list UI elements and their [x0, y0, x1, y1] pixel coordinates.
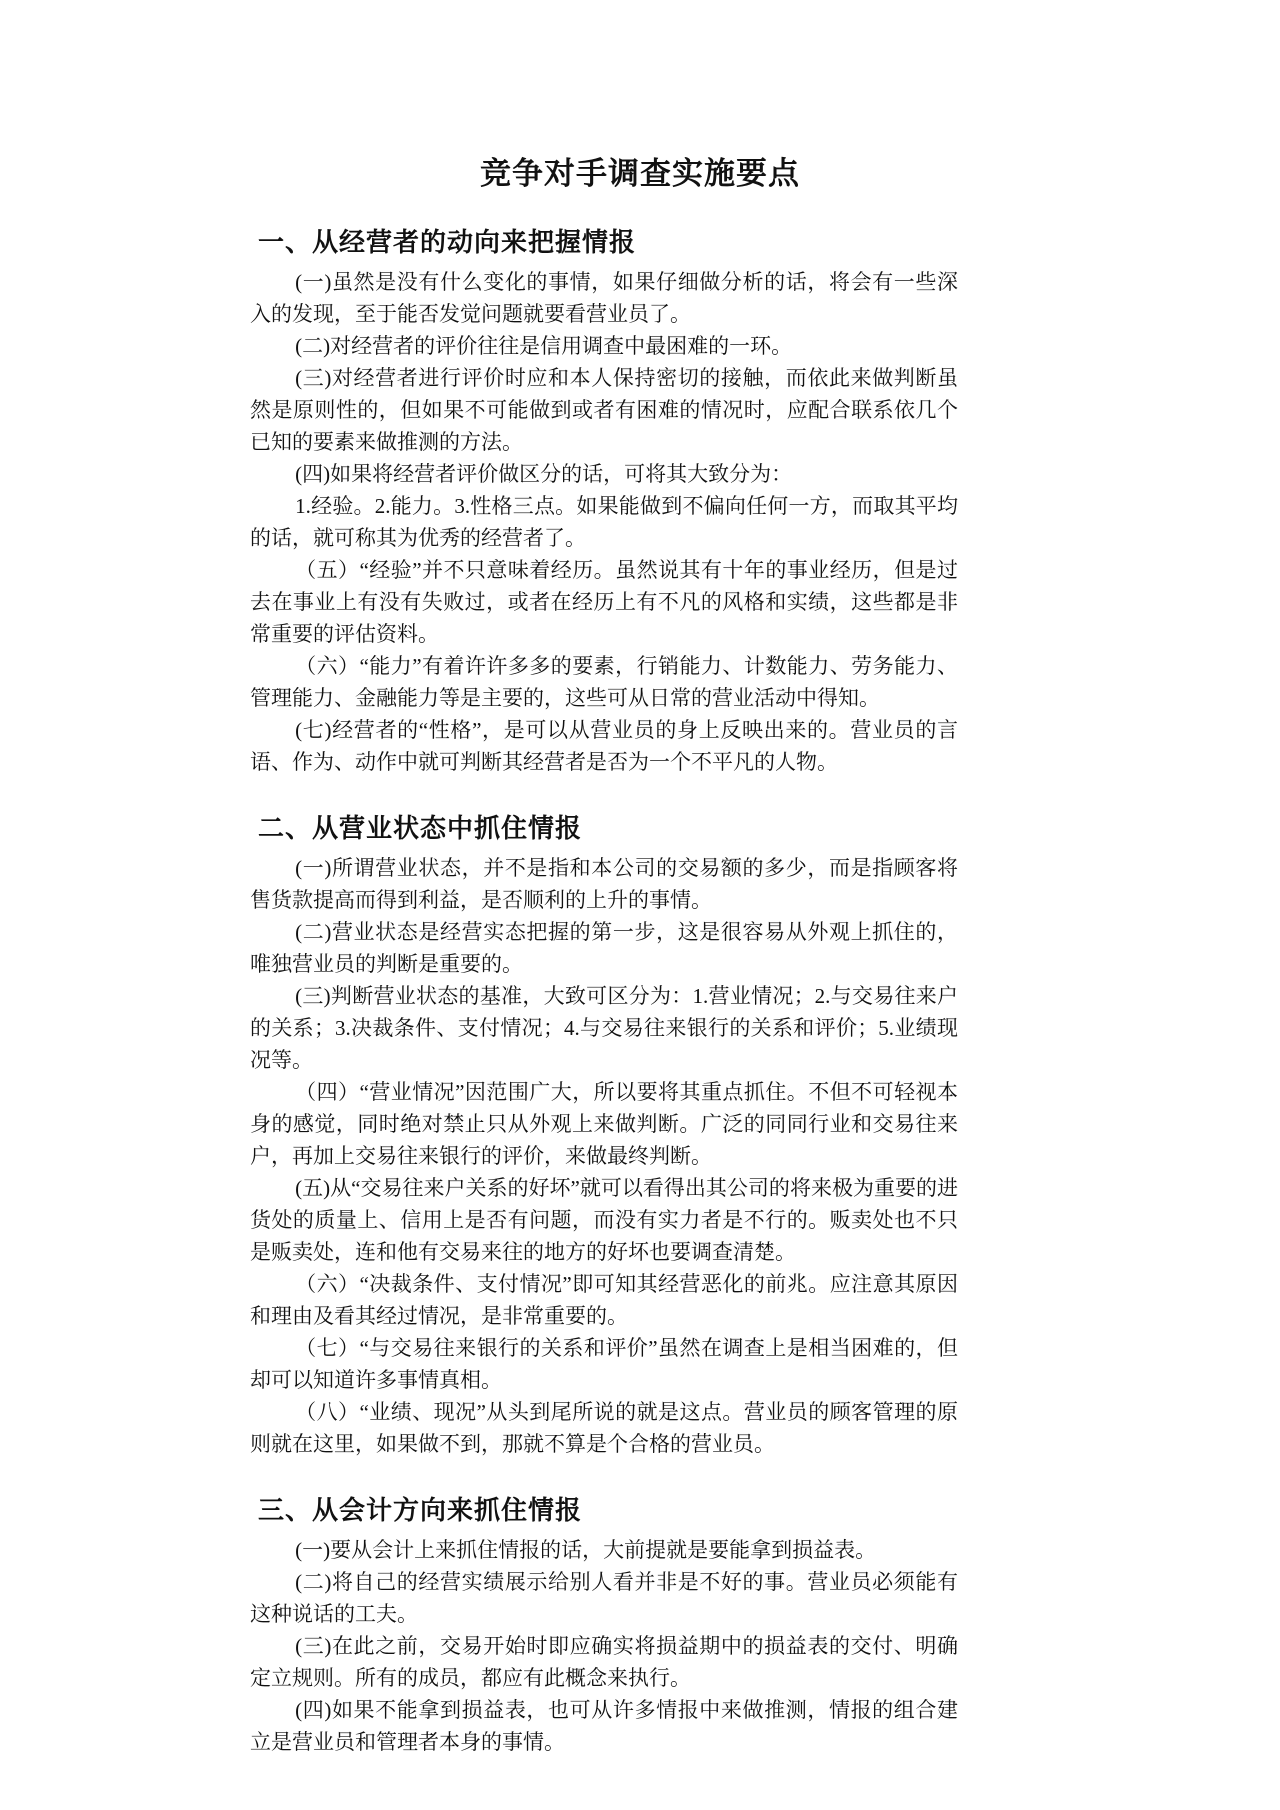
paragraph: （六）“决裁条件、支付情况”即可知其经营恶化的前兆。应注意其原因和理由及看其经过…: [250, 1268, 958, 1332]
document-content: 一、从经营者的动向来把握情报 (一)虽然是没有什么变化的事情，如果仔细做分析的话…: [250, 224, 958, 1758]
paragraph: (一)虽然是没有什么变化的事情，如果仔细做分析的话，将会有一些深入的发现，至于能…: [250, 266, 958, 330]
paragraph: (一)要从会计上来抓住情报的话，大前提就是要能拿到损益表。: [250, 1534, 958, 1566]
paragraph: (三)在此之前，交易开始时即应确实将损益期中的损益表的交付、明确定立规则。所有的…: [250, 1630, 958, 1694]
paragraph: (七)经营者的“性格”，是可以从营业员的身上反映出来的。营业员的言语、作为、动作…: [250, 714, 958, 778]
section-heading-3: 三、从会计方向来抓住情报: [258, 1492, 958, 1528]
paragraph: （七）“与交易往来银行的关系和评价”虽然在调查上是相当困难的，但却可以知道许多事…: [250, 1332, 958, 1396]
paragraph: (四)如果不能拿到损益表，也可从许多情报中来做推测，情报的组合建立是营业员和管理…: [250, 1694, 958, 1758]
paragraph: (四)如果将经营者评价做区分的话，可将其大致分为：: [250, 458, 958, 490]
paragraph: 1.经验。2.能力。3.性格三点。如果能做到不偏向任何一方，而取其平均的话，就可…: [250, 490, 958, 554]
paragraph: (二)对经营者的评价往往是信用调查中最困难的一环。: [250, 330, 958, 362]
paragraph: （四）“营业情况”因范围广大，所以要将其重点抓住。不但不可轻视本身的感觉，同时绝…: [250, 1076, 958, 1172]
paragraph: （八）“业绩、现况”从头到尾所说的就是这点。营业员的顾客管理的原则就在这里，如果…: [250, 1396, 958, 1460]
paragraph: (三)对经营者进行评价时应和本人保持密切的接触，而依此来做判断虽然是原则性的，但…: [250, 362, 958, 458]
paragraph: (二)营业状态是经营实态把握的第一步，这是很容易从外观上抓住的，唯独营业员的判断…: [250, 916, 958, 980]
document-page: 竞争对手调查实施要点 一、从经营者的动向来把握情报 (一)虽然是没有什么变化的事…: [0, 0, 1280, 1810]
section-heading-2: 二、从营业状态中抓住情报: [258, 810, 958, 846]
section-body-1: (一)虽然是没有什么变化的事情，如果仔细做分析的话，将会有一些深入的发现，至于能…: [250, 266, 958, 778]
document-title: 竞争对手调查实施要点: [0, 154, 1280, 194]
paragraph: (五)从“交易往来户关系的好坏”就可以看得出其公司的将来极为重要的进货处的质量上…: [250, 1172, 958, 1268]
section-heading-1: 一、从经营者的动向来把握情报: [258, 224, 958, 260]
paragraph: （六）“能力”有着许许多多的要素，行销能力、计数能力、劳务能力、管理能力、金融能…: [250, 650, 958, 714]
paragraph: （五）“经验”并不只意味着经历。虽然说其有十年的事业经历，但是过去在事业上有没有…: [250, 554, 958, 650]
section-body-3: (一)要从会计上来抓住情报的话，大前提就是要能拿到损益表。 (二)将自己的经营实…: [250, 1534, 958, 1758]
paragraph: (一)所谓营业状态，并不是指和本公司的交易额的多少，而是指顾客将售货款提高而得到…: [250, 852, 958, 916]
paragraph: (二)将自己的经营实绩展示给别人看并非是不好的事。营业员必须能有这种说话的工夫。: [250, 1566, 958, 1630]
section-body-2: (一)所谓营业状态，并不是指和本公司的交易额的多少，而是指顾客将售货款提高而得到…: [250, 852, 958, 1460]
paragraph: (三)判断营业状态的基准，大致可区分为：1.营业情况；2.与交易往来户的关系；3…: [250, 980, 958, 1076]
